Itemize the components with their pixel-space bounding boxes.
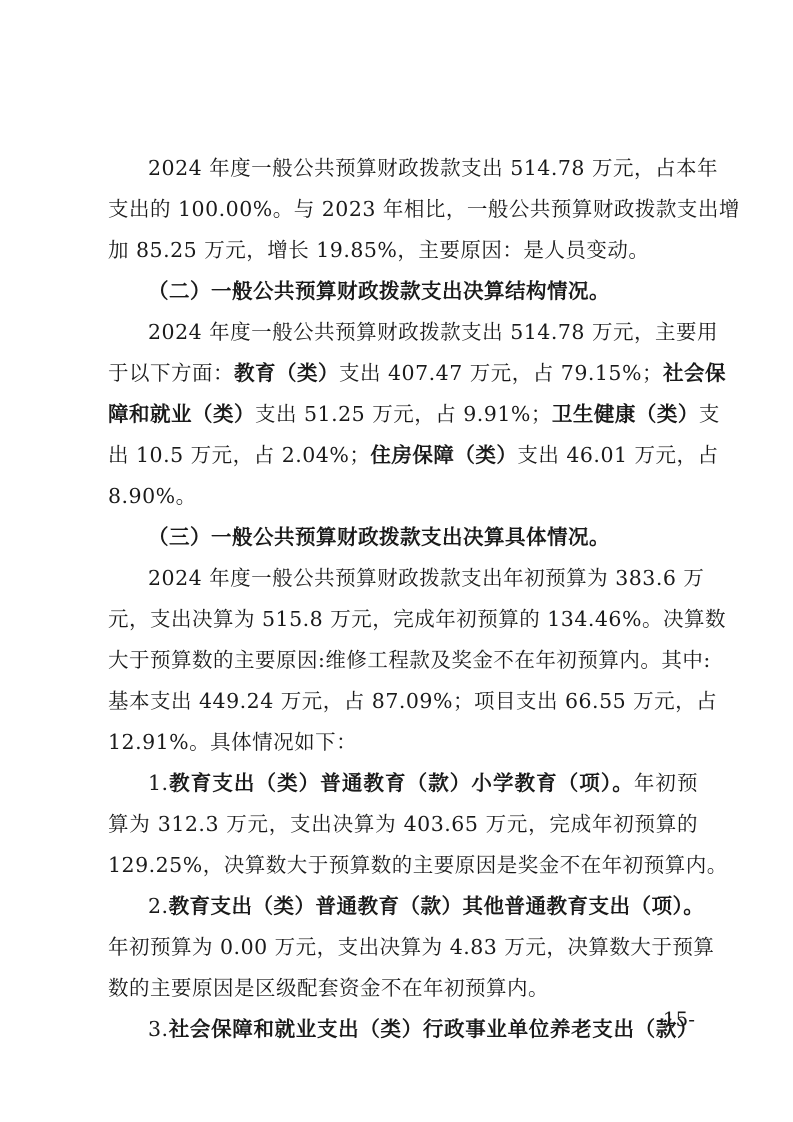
item-primary-education: 1.教育支出（类）普通教育（款）小学教育（项）。年初预 算为 312.3 万元，… bbox=[108, 763, 698, 886]
text-line: 2024 年度一般公共预算财政拨款支出年初预算为 383.6 万 bbox=[108, 558, 698, 599]
text-line: 年初预算为 0.00 万元，支出决算为 4.83 万元，决算数大于预算 bbox=[108, 927, 698, 968]
text-span: 支出 46.01 万元，占 bbox=[517, 443, 718, 467]
item-title: 社会保障和就业支出（类）行政事业单位养老支出（款） bbox=[169, 1017, 698, 1041]
page-number: -15- bbox=[656, 1007, 695, 1031]
category-social-security: 社会保 bbox=[663, 361, 726, 385]
text-line: 8.90%。 bbox=[108, 476, 698, 517]
text-span: 出 10.5 万元，占 2.04%； bbox=[108, 443, 370, 467]
item-pension: 3.社会保障和就业支出（类）行政事业单位养老支出（款） bbox=[108, 1009, 698, 1050]
text-line: 基本支出 449.24 万元，占 87.09%；项目支出 66.55 万元，占 bbox=[108, 681, 698, 722]
text-span: 支出 51.25 万元，占 9.91%； bbox=[255, 402, 552, 426]
category-health: 卫生健康（类） bbox=[552, 402, 699, 426]
text-line: 算为 312.3 万元，支出决算为 403.65 万元，完成年初预算的 bbox=[108, 804, 698, 845]
text-line: 出 10.5 万元，占 2.04%；住房保障（类）支出 46.01 万元，占 bbox=[108, 435, 698, 476]
text-span: 支 bbox=[699, 402, 720, 426]
text-line: 2024 年度一般公共预算财政拨款支出 514.78 万元，主要用 bbox=[108, 312, 698, 353]
item-number: 1. bbox=[148, 771, 169, 795]
paragraph-expenditure-structure: 2024 年度一般公共预算财政拨款支出 514.78 万元，主要用 于以下方面：… bbox=[108, 312, 698, 517]
text-line: 大于预算数的主要原因:维修工程款及奖金不在年初预算内。其中: bbox=[108, 640, 698, 681]
category-social-security-cont: 障和就业（类） bbox=[108, 402, 255, 426]
text-line: 3.社会保障和就业支出（类）行政事业单位养老支出（款） bbox=[108, 1009, 698, 1050]
item-number: 2. bbox=[148, 894, 169, 918]
item-other-education: 2.教育支出（类）普通教育（款）其他普通教育支出（项）。 年初预算为 0.00 … bbox=[108, 886, 698, 1009]
text-line: 支出的 100.00%。与 2023 年相比，一般公共预算财政拨款支出增 bbox=[108, 189, 698, 230]
item-number: 3. bbox=[148, 1017, 169, 1041]
section-heading-structure: （二）一般公共预算财政拨款支出决算结构情况。 bbox=[108, 271, 698, 312]
document-page: 2024 年度一般公共预算财政拨款支出 514.78 万元，占本年 支出的 10… bbox=[108, 148, 698, 1050]
section-heading-details: （三）一般公共预算财政拨款支出决算具体情况。 bbox=[108, 517, 698, 558]
text-line: 于以下方面：教育（类）支出 407.47 万元，占 79.15%；社会保 bbox=[108, 353, 698, 394]
text-line: 数的主要原因是区级配套资金不在年初预算内。 bbox=[108, 968, 698, 1009]
paragraph-expenditure-details: 2024 年度一般公共预算财政拨款支出年初预算为 383.6 万 元，支出决算为… bbox=[108, 558, 698, 763]
text-line: 1.教育支出（类）普通教育（款）小学教育（项）。年初预 bbox=[108, 763, 698, 804]
text-line: 129.25%，决算数大于预算数的主要原因是奖金不在年初预算内。 bbox=[108, 845, 698, 886]
text-span: 支出 407.47 万元，占 79.15%； bbox=[339, 361, 663, 385]
category-education: 教育（类） bbox=[234, 361, 339, 385]
text-line: 2.教育支出（类）普通教育（款）其他普通教育支出（项）。 bbox=[108, 886, 698, 927]
item-title: 教育支出（类）普通教育（款）小学教育（项）。 bbox=[169, 771, 634, 795]
text-line: 加 85.25 万元，增长 19.85%，主要原因：是人员变动。 bbox=[108, 230, 698, 271]
item-title: 教育支出（类）普通教育（款）其他普通教育支出（项）。 bbox=[169, 894, 705, 918]
text-span: 于以下方面： bbox=[108, 361, 234, 385]
text-line: 2024 年度一般公共预算财政拨款支出 514.78 万元，占本年 bbox=[108, 148, 698, 189]
text-line: 12.91%。具体情况如下： bbox=[108, 722, 698, 763]
text-line: 障和就业（类）支出 51.25 万元，占 9.91%；卫生健康（类）支 bbox=[108, 394, 698, 435]
category-housing: 住房保障（类） bbox=[370, 443, 517, 467]
text-span: 年初预 bbox=[634, 771, 698, 795]
paragraph-expenditure-summary: 2024 年度一般公共预算财政拨款支出 514.78 万元，占本年 支出的 10… bbox=[108, 148, 698, 271]
text-line: 元，支出决算为 515.8 万元，完成年初预算的 134.46%。决算数 bbox=[108, 599, 698, 640]
